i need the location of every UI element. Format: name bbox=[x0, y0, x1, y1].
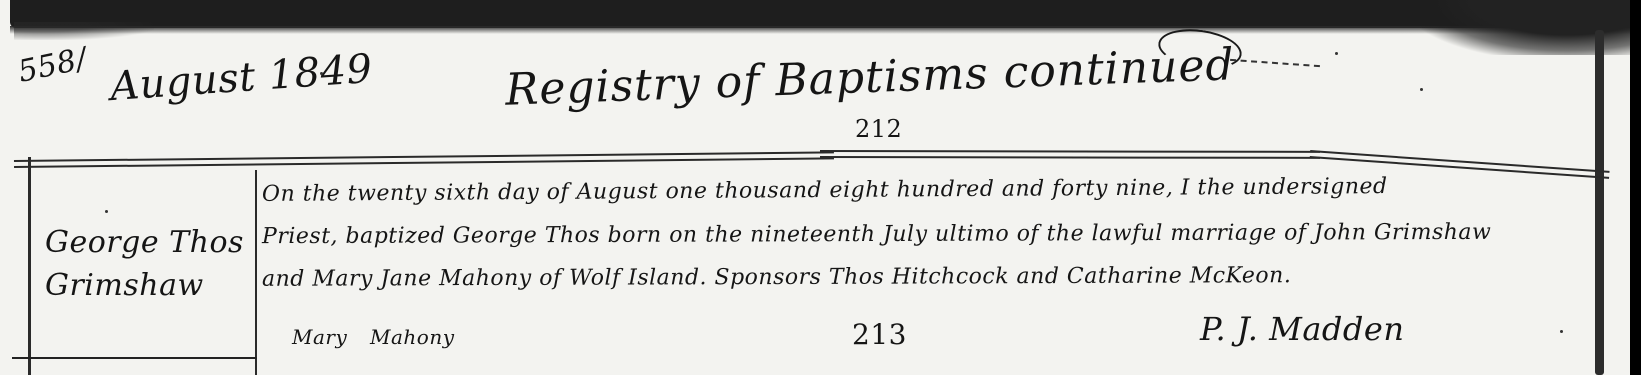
ink-smudge bbox=[14, 22, 154, 40]
title-flourish-tail bbox=[1230, 59, 1320, 67]
paper-speck bbox=[1560, 330, 1563, 333]
paper-speck bbox=[1420, 88, 1423, 91]
entry-text-line: On the twenty sixth day of August one th… bbox=[262, 174, 1388, 207]
margin-annotation: Mahony bbox=[370, 325, 455, 349]
header-divider bbox=[820, 150, 1320, 159]
page-number-top: 212 bbox=[855, 115, 902, 143]
register-page: 558/ August 1849 Registry of Baptisms co… bbox=[0, 0, 1630, 375]
folio-mark: 558/ bbox=[15, 41, 90, 90]
priest-signature: P. J. Madden bbox=[1200, 310, 1404, 348]
header-divider bbox=[14, 151, 834, 168]
page-title: Registry of Baptisms continued bbox=[504, 39, 1235, 115]
right-margin-rule bbox=[1595, 30, 1604, 375]
paper-speck bbox=[1335, 52, 1338, 55]
entry-text-line: and Mary Jane Mahony of Wolf Island. Spo… bbox=[262, 263, 1291, 292]
baptized-name-surname: Grimshaw bbox=[45, 268, 204, 303]
margin-annotation: Mary bbox=[292, 325, 347, 349]
scan-border bbox=[1630, 0, 1641, 375]
header-date: August 1849 bbox=[109, 46, 374, 110]
paper-speck bbox=[105, 210, 108, 213]
left-margin-rule bbox=[28, 157, 31, 375]
name-column-bottom-rule bbox=[12, 357, 257, 359]
name-column-rule bbox=[255, 170, 257, 375]
scan-top-shadow bbox=[10, 0, 1630, 28]
baptized-name-first: George Thos bbox=[45, 225, 244, 260]
page-number-bottom: 213 bbox=[852, 318, 907, 351]
entry-text-line: Priest, baptized George Thos born on the… bbox=[262, 220, 1491, 249]
paper-speck bbox=[320, 72, 323, 75]
